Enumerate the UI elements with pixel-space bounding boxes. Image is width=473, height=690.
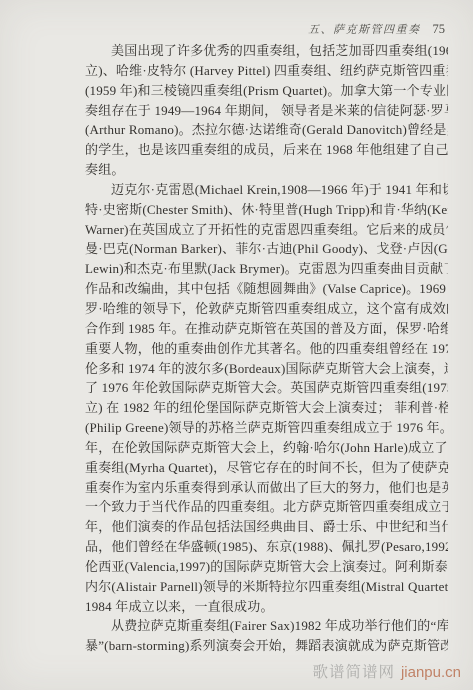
text-line: 年，在伦敦国际萨克斯管大会上，约翰·哈尔(John Harle)成立了迈哈四 bbox=[85, 438, 448, 458]
text-line: 特·史密斯(Chester Smith)、休·特里普(Hugh Tripp)和肯… bbox=[85, 200, 448, 220]
text-line: 立)、哈维·皮特尔 (Harvey Pittel) 四重奏组、纽约萨克斯管四重奏… bbox=[85, 61, 448, 81]
text-line: 奏组存在于 1949—1964 年期间， 领导者是米莱的信徒阿瑟·罗马诺 bbox=[85, 101, 448, 121]
text-line: 暴”(barn-storming)系列演奏会开始，舞蹈表演就成为萨克斯管改编曲 bbox=[85, 636, 448, 656]
text-line: 迈克尔·克雷恩(Michael Krein,1908—1966 年)于 1941… bbox=[85, 180, 448, 200]
text-line: 品，他们曾经在华盛顿(1985)、东京(1988)、佩扎罗(Pesaro,199… bbox=[85, 537, 448, 557]
text-line: 年，他们演奏的作品包括法国经典曲目、爵士乐、中世纪和当代音乐作 bbox=[85, 517, 448, 537]
page-number: 75 bbox=[433, 22, 446, 36]
text-line: 伦多和 1974 年的波尔多(Bordeaux)国际萨克斯管大会上演奏，还主办 bbox=[85, 359, 448, 379]
text-line: 立) 在 1982 年的纽伦堡国际萨克斯管大会上演奏过； 菲利普·格林 bbox=[85, 398, 448, 418]
book-page: 五、萨克斯管四重奏75 美国出现了许多优秀的四重奏组，包括芝加哥四重奏组(196… bbox=[0, 0, 473, 690]
chapter-title: 五、萨克斯管四重奏 bbox=[308, 24, 421, 36]
text-line: 伦西亚(Valencia,1997)的国际萨克斯管大会上演奏过。阿利斯泰尔·帕 bbox=[85, 557, 448, 577]
text-line: 奏组。 bbox=[85, 160, 448, 180]
text-line: 一个致力于当代作品的四重奏组。北方萨克斯管四重奏组成立于 1980 bbox=[85, 497, 448, 517]
text-line: Lewin)和杰克·布里默(Jack Brymer)。克雷恩为四重奏曲目贡献了许… bbox=[85, 259, 448, 279]
body-text: 美国出现了许多优秀的四重奏组，包括芝加哥四重奏组(1968 年成立)、哈维·皮特… bbox=[85, 41, 448, 656]
text-line: (Philip Greene)领导的苏格兰萨克斯管四重奏组成立于 1976 年。… bbox=[85, 418, 448, 438]
text-line: 作品和改编曲，其中包括《随想圆舞曲》(Valse Caprice)。1969 年… bbox=[85, 279, 448, 299]
text-line: 合作到 1985 年。在推动萨克斯管在英国的普及方面，保罗·哈维是一位 bbox=[85, 319, 448, 339]
text-line: 美国出现了许多优秀的四重奏组，包括芝加哥四重奏组(1968 年成 bbox=[85, 41, 448, 61]
watermark-site-url: jianpu.cn bbox=[401, 664, 461, 681]
text-line: 了 1976 年伦敦国际萨克斯管大会。英国萨克斯管四重奏组(1975 年成 bbox=[85, 378, 448, 398]
watermark-site-name: 歌谱简谱网 bbox=[312, 664, 395, 681]
text-line: 重奏组(Myrha Quartet)，尽管它存在的时间不长，但为了使萨克斯管四 bbox=[85, 458, 448, 478]
text-line: 重奏作为室内乐重奏得到承认而做出了巨大的努力，他们也是英国第 bbox=[85, 478, 448, 498]
text-line: 1984 年成立以来，一直很成功。 bbox=[85, 597, 448, 617]
paragraph: 迈克尔·克雷恩(Michael Krein,1908—1966 年)于 1941… bbox=[85, 180, 448, 617]
paragraph: 从费拉萨克斯重奏组(Fairer Sax)1982 年成功举行他们的“库房风暴”… bbox=[85, 616, 448, 656]
paragraph: 美国出现了许多优秀的四重奏组，包括芝加哥四重奏组(1968 年成立)、哈维·皮特… bbox=[85, 41, 448, 180]
text-line: 从费拉萨克斯重奏组(Fairer Sax)1982 年成功举行他们的“库房风 bbox=[85, 616, 448, 636]
text-line: (Arthur Romano)。杰拉尔德·达诺维奇(Gerald Danovit… bbox=[85, 120, 448, 140]
text-line: 曼·巴克(Norman Barker)、菲尔·古迪(Phil Goody)、戈登… bbox=[85, 239, 448, 259]
text-line: 罗·哈维的领导下，伦敦萨克斯管四重奏组成立，这个富有成效的小组 bbox=[85, 299, 448, 319]
text-line: Warner)在英国成立了开拓性的克雷恩四重奏组。它后来的成员包括诺 bbox=[85, 220, 448, 240]
text-line: 重要人物，他的重奏曲创作尤其著名。他的四重奏组曾经在 1972 年多 bbox=[85, 339, 448, 359]
text-line: 的学生，也是该四重奏组的成员，后来在 1968 年他组建了自己的重 bbox=[85, 140, 448, 160]
page-header: 五、萨克斯管四重奏75 bbox=[0, 20, 445, 38]
text-line: 内尔(Alistair Parnell)领导的米斯特拉尔四重奏组(Mistral… bbox=[85, 577, 448, 597]
text-line: (1959 年)和三棱镜四重奏组(Prism Quartet)。加拿大第一个专业… bbox=[85, 81, 448, 101]
watermark: 歌谱简谱网jianpu.cn bbox=[312, 660, 461, 682]
